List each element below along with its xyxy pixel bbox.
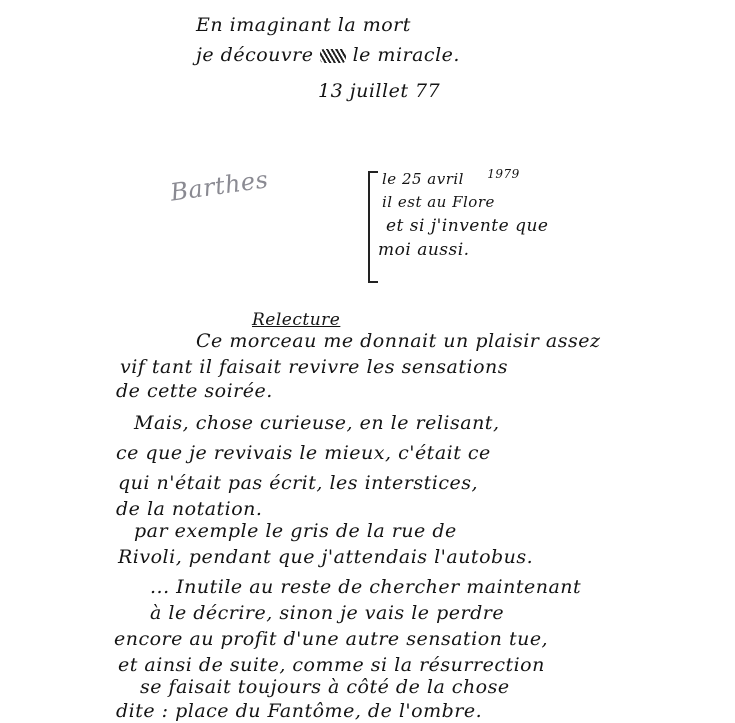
crossed-out-word bbox=[320, 49, 346, 63]
margin-name: Barthes bbox=[169, 165, 270, 206]
epigraph-line-1: En imaginant la mort bbox=[196, 14, 411, 36]
side-note-date: le 25 avril bbox=[382, 170, 464, 188]
epigraph-line-2b: le miracle. bbox=[353, 44, 460, 66]
side-note-line-2: il est au Flore bbox=[382, 193, 495, 211]
epigraph-line-2a: je découvre bbox=[196, 44, 313, 66]
body-line: et ainsi de suite, comme si la résurrect… bbox=[118, 654, 545, 676]
manuscript-page: En imaginant la mort je découvre le mira… bbox=[0, 0, 735, 723]
body-line: de cette soirée. bbox=[116, 380, 273, 402]
body-line: vif tant il faisait revivre les sensatio… bbox=[120, 356, 508, 378]
body-line: qui n'était pas écrit, les interstices, bbox=[118, 472, 478, 494]
side-note-line-1: le 25 avril 1979 bbox=[382, 170, 520, 188]
body-line: encore au profit d'une autre sensation t… bbox=[114, 628, 548, 650]
body-line: Rivoli, pendant que j'attendais l'autobu… bbox=[118, 546, 533, 568]
epigraph-date: 13 juillet 77 bbox=[318, 80, 440, 102]
body-line: se faisait toujours à côté de la chose bbox=[140, 676, 510, 698]
epigraph-line-2: je découvre le miracle. bbox=[196, 44, 460, 66]
body-line: ... Inutile au reste de chercher mainten… bbox=[150, 576, 581, 598]
side-note-bracket bbox=[368, 171, 378, 283]
side-note-line-4: moi aussi. bbox=[378, 240, 470, 260]
body-line: de la notation. bbox=[116, 498, 262, 520]
body-line: à le décrire, sinon je vais le perdre bbox=[150, 602, 504, 624]
body-line: Mais, chose curieuse, en le relisant, bbox=[134, 412, 499, 434]
body-line: par exemple le gris de la rue de bbox=[134, 520, 457, 542]
section-title: Relecture bbox=[252, 310, 340, 330]
body-line: Ce morceau me donnait un plaisir assez bbox=[196, 330, 601, 352]
side-note-line-3: et si j'invente que bbox=[386, 216, 549, 236]
body-line: dite : place du Fantôme, de l'ombre. bbox=[116, 700, 482, 722]
side-note-year: 1979 bbox=[487, 167, 520, 181]
body-line: ce que je revivais le mieux, c'était ce bbox=[116, 442, 491, 464]
